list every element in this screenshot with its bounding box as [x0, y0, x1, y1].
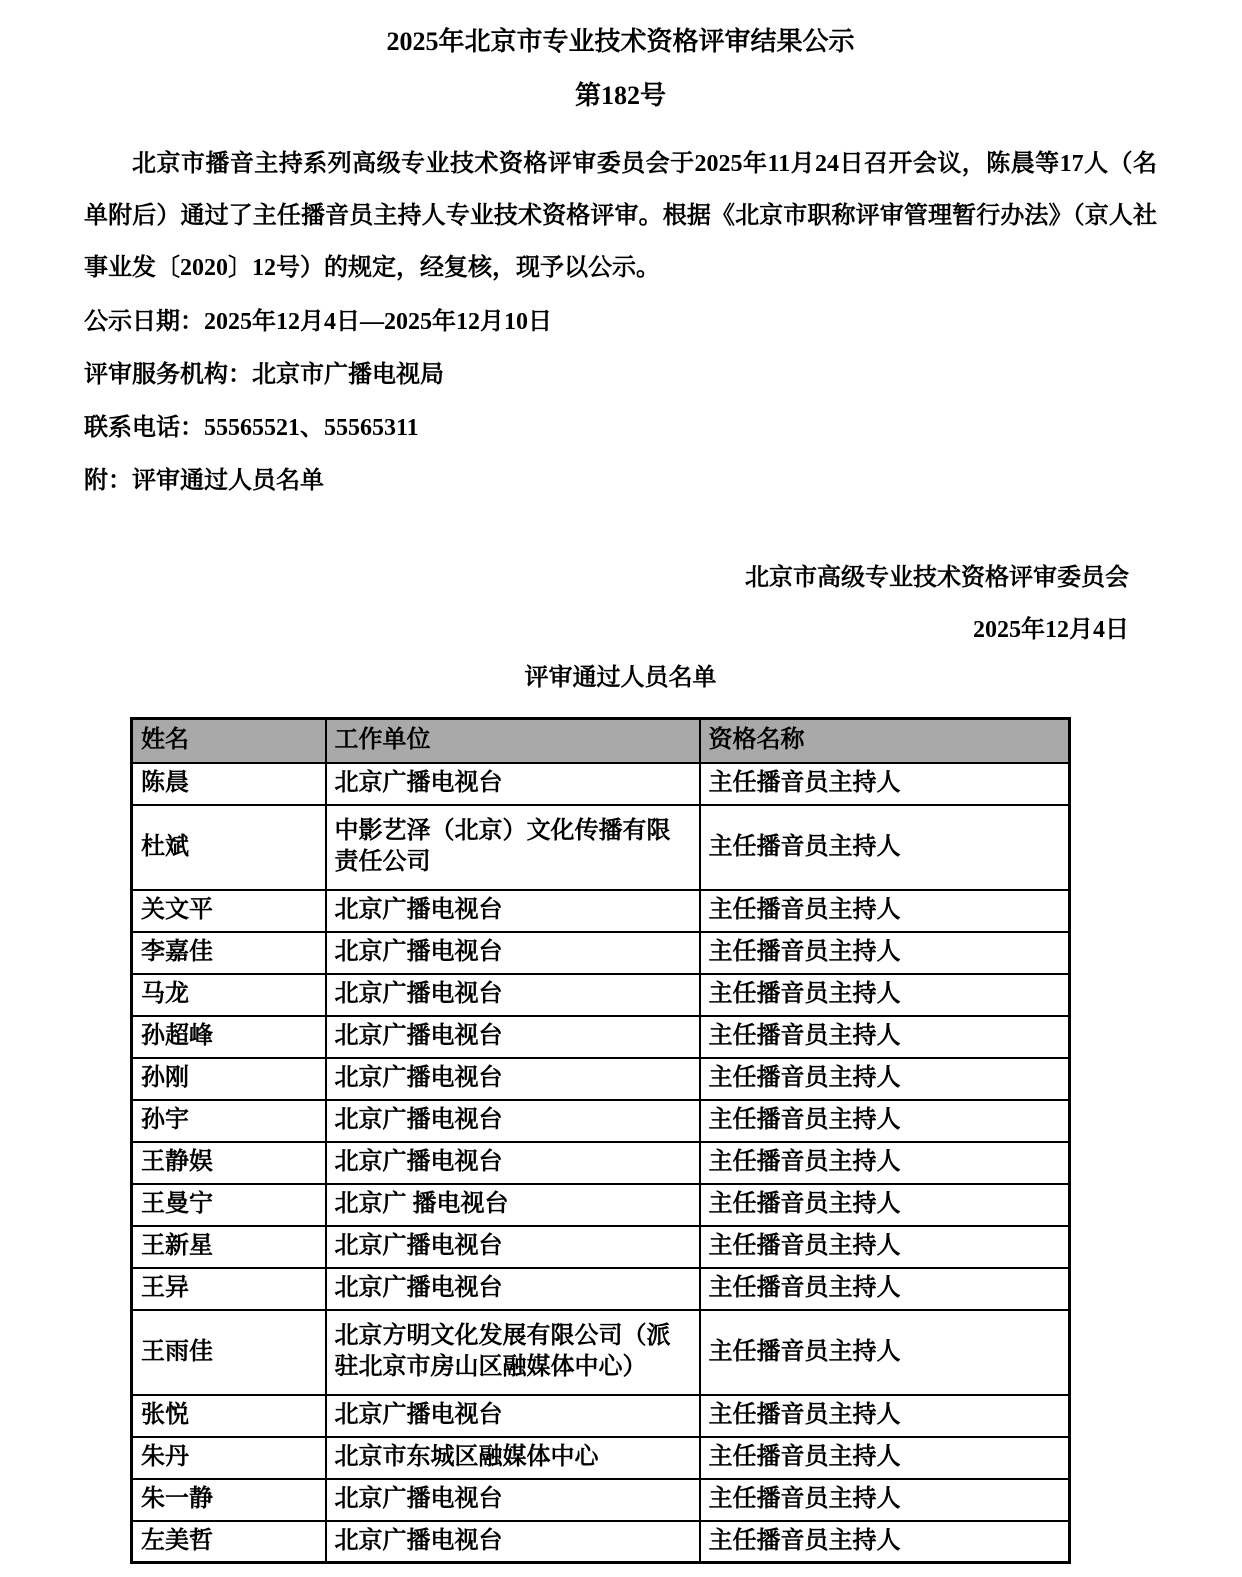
table-header-row: 姓名 工作单位 资格名称 [132, 719, 1070, 763]
cell-name: 左美哲 [132, 1521, 326, 1563]
cell-name: 孙刚 [132, 1058, 326, 1100]
cell-work-unit: 北京广播电视台 [326, 1100, 700, 1142]
cell-qualification: 主任播音员主持人 [700, 1479, 1070, 1521]
cell-name: 王新星 [132, 1226, 326, 1268]
cell-name: 张悦 [132, 1395, 326, 1437]
cell-qualification: 主任播音员主持人 [700, 1142, 1070, 1184]
committee-name: 北京市高级专业技术资格评审委员会 [84, 562, 1129, 594]
cell-qualification: 主任播音员主持人 [700, 1395, 1070, 1437]
table-row: 王静娱北京广播电视台主任播音员主持人 [132, 1142, 1070, 1184]
cell-work-unit: 北京广播电视台 [326, 1226, 700, 1268]
cell-qualification: 主任播音员主持人 [700, 763, 1070, 805]
cell-qualification: 主任播音员主持人 [700, 1268, 1070, 1310]
cell-work-unit: 北京广播电视台 [326, 932, 700, 974]
cell-qualification: 主任播音员主持人 [700, 974, 1070, 1016]
table-row: 杜斌中影艺泽（北京）文化传播有限责任公司主任播音员主持人 [132, 805, 1070, 890]
cell-work-unit: 北京广播电视台 [326, 1479, 700, 1521]
cell-name: 关文平 [132, 890, 326, 932]
publicity-date-line: 公示日期：2025年12月4日—2025年12月10日 [84, 296, 1157, 349]
cell-qualification: 主任播音员主持人 [700, 1521, 1070, 1563]
cell-work-unit: 北京广播电视台 [326, 1142, 700, 1184]
table-row: 马龙北京广播电视台主任播音员主持人 [132, 974, 1070, 1016]
header-work-unit: 工作单位 [326, 719, 700, 763]
doc-number: 第182号 [84, 80, 1157, 112]
table-row: 关文平北京广播电视台主任播音员主持人 [132, 890, 1070, 932]
document-page: 2025年北京市专业技术资格评审结果公示 第182号 北京市播音主持系列高级专业… [0, 0, 1242, 1577]
cell-name: 朱丹 [132, 1437, 326, 1479]
cell-qualification: 主任播音员主持人 [700, 1437, 1070, 1479]
cell-work-unit: 北京广播电视台 [326, 1016, 700, 1058]
cell-name: 王雨佳 [132, 1310, 326, 1395]
table-header: 姓名 工作单位 资格名称 [132, 719, 1070, 763]
cell-qualification: 主任播音员主持人 [700, 1184, 1070, 1226]
cell-work-unit: 北京广 播电视台 [326, 1184, 700, 1226]
cell-qualification: 主任播音员主持人 [700, 805, 1070, 890]
attachment-line: 附：评审通过人员名单 [84, 455, 1157, 508]
cell-work-unit: 北京市东城区融媒体中心 [326, 1437, 700, 1479]
table-row: 孙超峰北京广播电视台主任播音员主持人 [132, 1016, 1070, 1058]
page-title: 2025年北京市专业技术资格评审结果公示 [84, 26, 1157, 58]
table-row: 张悦北京广播电视台主任播音员主持人 [132, 1395, 1070, 1437]
signature-block: 北京市高级专业技术资格评审委员会 2025年12月4日 [84, 562, 1157, 646]
cell-work-unit: 北京广播电视台 [326, 974, 700, 1016]
review-agency-line: 评审服务机构：北京市广播电视局 [84, 349, 1157, 402]
table-row: 李嘉佳北京广播电视台主任播音员主持人 [132, 932, 1070, 974]
cell-qualification: 主任播音员主持人 [700, 932, 1070, 974]
cell-name: 杜斌 [132, 805, 326, 890]
signature-date: 2025年12月4日 [84, 614, 1129, 646]
header-qualification: 资格名称 [700, 719, 1070, 763]
cell-name: 朱一静 [132, 1479, 326, 1521]
table-row: 左美哲北京广播电视台主任播音员主持人 [132, 1521, 1070, 1563]
cell-work-unit: 北京广播电视台 [326, 763, 700, 805]
table-row: 王异北京广播电视台主任播音员主持人 [132, 1268, 1070, 1310]
cell-work-unit: 北京方明文化发展有限公司（派驻北京市房山区融媒体中心） [326, 1310, 700, 1395]
cell-name: 陈晨 [132, 763, 326, 805]
cell-work-unit: 北京广播电视台 [326, 1268, 700, 1310]
cell-qualification: 主任播音员主持人 [700, 890, 1070, 932]
table-body: 陈晨北京广播电视台主任播音员主持人杜斌中影艺泽（北京）文化传播有限责任公司主任播… [132, 763, 1070, 1563]
table-row: 陈晨北京广播电视台主任播音员主持人 [132, 763, 1070, 805]
cell-qualification: 主任播音员主持人 [700, 1310, 1070, 1395]
cell-name: 孙超峰 [132, 1016, 326, 1058]
cell-work-unit: 北京广播电视台 [326, 1058, 700, 1100]
cell-name: 王曼宁 [132, 1184, 326, 1226]
cell-name: 孙宇 [132, 1100, 326, 1142]
cell-qualification: 主任播音员主持人 [700, 1226, 1070, 1268]
cell-name: 王静娱 [132, 1142, 326, 1184]
header-name: 姓名 [132, 719, 326, 763]
table-title: 评审通过人员名单 [84, 662, 1157, 694]
table-row: 王曼宁北京广 播电视台主任播音员主持人 [132, 1184, 1070, 1226]
cell-name: 马龙 [132, 974, 326, 1016]
meta-block: 公示日期：2025年12月4日—2025年12月10日 评审服务机构：北京市广播… [84, 296, 1157, 508]
cell-work-unit: 北京广播电视台 [326, 1395, 700, 1437]
table-row: 孙宇北京广播电视台主任播音员主持人 [132, 1100, 1070, 1142]
table-row: 孙刚北京广播电视台主任播音员主持人 [132, 1058, 1070, 1100]
cell-work-unit: 北京广播电视台 [326, 890, 700, 932]
cell-name: 李嘉佳 [132, 932, 326, 974]
results-table: 姓名 工作单位 资格名称 陈晨北京广播电视台主任播音员主持人杜斌中影艺泽（北京）… [130, 717, 1071, 1564]
table-row: 王雨佳北京方明文化发展有限公司（派驻北京市房山区融媒体中心）主任播音员主持人 [132, 1310, 1070, 1395]
table-row: 朱丹北京市东城区融媒体中心主任播音员主持人 [132, 1437, 1070, 1479]
body-paragraph: 北京市播音主持系列高级专业技术资格评审委员会于2025年11月24日召开会议，陈… [84, 138, 1157, 294]
cell-work-unit: 北京广播电视台 [326, 1521, 700, 1563]
table-row: 王新星北京广播电视台主任播音员主持人 [132, 1226, 1070, 1268]
contact-phone-line: 联系电话：55565521、55565311 [84, 402, 1157, 455]
table-row: 朱一静北京广播电视台主任播音员主持人 [132, 1479, 1070, 1521]
cell-qualification: 主任播音员主持人 [700, 1016, 1070, 1058]
cell-work-unit: 中影艺泽（北京）文化传播有限责任公司 [326, 805, 700, 890]
cell-qualification: 主任播音员主持人 [700, 1100, 1070, 1142]
cell-qualification: 主任播音员主持人 [700, 1058, 1070, 1100]
cell-name: 王异 [132, 1268, 326, 1310]
